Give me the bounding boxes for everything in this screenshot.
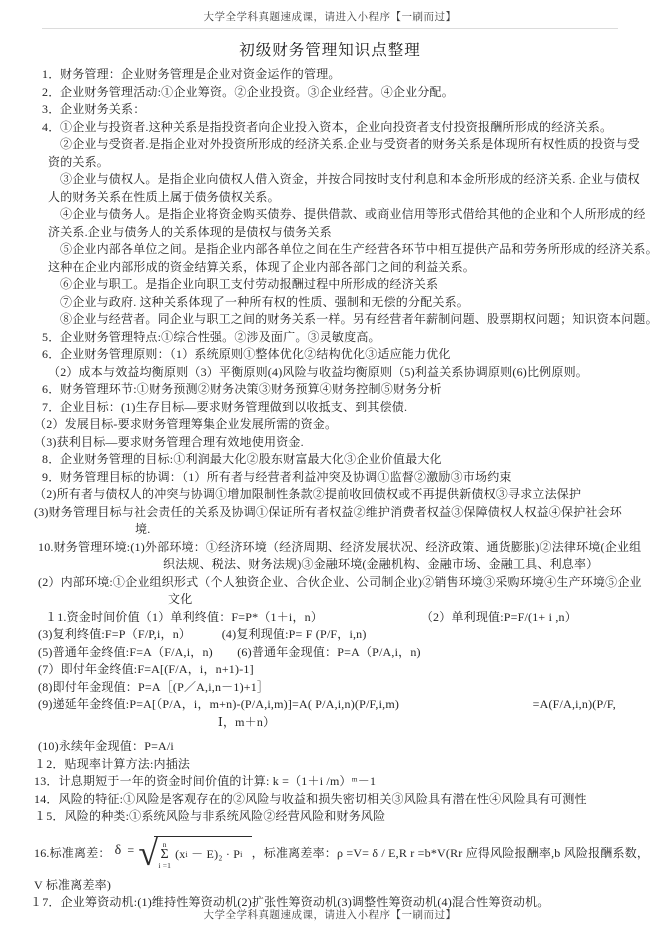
line-text: 境.: [135, 522, 150, 536]
doc-line-compound-interest: (3)复利终值:F=P（F/P,i，n） (4)复利现值:P= F (P/F，i…: [0, 626, 660, 644]
line-text: 企业财务管理的目标:①利润最大化②股东财富最大化③企业价值最大化: [60, 452, 442, 466]
doc-line: ⑧企业与经营者。同企业与职工之间的财务关系一样。另有经营者年薪制问题、股票期权问…: [0, 311, 660, 329]
line-text: 企业财务关系：: [60, 102, 145, 116]
sigma-glyph: Σ: [161, 848, 169, 862]
line-text: 企业财务管理特点:①综合性强。②涉及面广。③灵敏度高。: [60, 330, 381, 344]
line-text: (3)财务管理目标与社会责任的关系及协调①保证所有者权益②维护消费者权益③保障债…: [34, 505, 622, 519]
doc-line: Ⅰ，m＋n）: [0, 714, 660, 732]
line-text: 财务管理目标的协调：（1）所有者与经营者利益冲突及协调①监督②激励③市场约束: [60, 470, 512, 484]
radicand: nΣi =1(xi － E)₂ · Pi: [154, 836, 251, 872]
line-text: 14．风险的特征:①风险是客观存在的②风险与收益和损失密切相关③风险具有潜在性④…: [34, 792, 587, 806]
page-footer-note: 大学全学科真题速成课，请进入小程序【一刷而过】: [0, 907, 660, 922]
line-text: （2）发展目标-要求财务管理筹集企业发展所需的资金。: [34, 417, 337, 431]
equals-sign: =: [127, 842, 138, 860]
doc-line: 境.: [0, 521, 660, 539]
line-text: 织法规、税法、财务法规)③金融环境(金融机构、金融市场、金融工具、利息率）: [163, 557, 598, 571]
line-text: 13．计息期短于一年的资金时间价值的计算: k =（1＋i /m）ᵐ－1: [34, 774, 376, 788]
doc-line: １5．风险的种类:①系统风险与非系统风险②经营风险和财务风险: [0, 808, 660, 826]
line-text: (5)普通年金终值:F=A（F/A,i，n) (6)普通年金现值：P=A（P/A…: [38, 645, 421, 659]
line-text: １2．贴现率计算方法:内插法: [34, 757, 190, 771]
doc-line: （2)所有者与债权人的冲突与协调①增加限制性条款②提前收回债权或不再提供新债权③…: [0, 486, 660, 504]
doc-line: 资的关系。: [0, 154, 660, 172]
line-text: 文化: [168, 592, 192, 606]
doc-line: 10.财务管理环境:(1)外部环境：①经济环境（经济周期、经济发展状况、经济政策…: [0, 539, 660, 557]
line-text: V 标准离差率): [34, 878, 111, 892]
doc-line: 2．企业财务管理活动:①企业筹资。②企业投资。③企业经营。④企业分配。: [0, 84, 660, 102]
line-text: 财务管理：企业财务管理是企业对资金运作的管理。: [60, 67, 341, 81]
page-header-note: 大学全学科真题速成课，请进入小程序【一刷而过】: [0, 0, 660, 24]
line-marker: 6．: [42, 346, 60, 364]
doc-line: ④企业与债务人。是指企业将资金购买债券、提供借款、或商业信用等形式借给其他的企业…: [0, 206, 660, 224]
line-text: （3)获利目标—要求财务管理合理有效地使用资金.: [34, 435, 304, 449]
line-text: １5．风险的种类:①系统风险与非系统风险②经营风险和财务风险: [34, 809, 385, 823]
doc-line: （2）发展目标-要求财务管理筹集企业发展所需的资金。: [0, 416, 660, 434]
line-text: (7）即付年金终值:F=A[(F/A，i，n+1)-1]: [38, 662, 254, 676]
line-text: (10)永续年金现值：P=A/i: [38, 739, 174, 753]
line-marker: 9．: [42, 469, 60, 487]
doc-line: (2）内部环境:①企业组织形式（个人独资企业、合伙企业、公司制企业)②销售环境③…: [0, 574, 660, 592]
doc-line: （2）成本与效益均衡原则（3）平衡原则(4)风险与收益均衡原则（5)利益关系协调…: [0, 364, 660, 382]
line-text: ②企业与受资者.是指企业对外投资所形成的经济关系.企业与受资者的财务关系是体现所…: [60, 137, 640, 151]
line-text: ⑥企业与职工。是指企业向职工支付劳动报酬过程中所形成的经济关系: [60, 277, 438, 291]
line-text: 财务管理环节:①财务预测②财务决策③财务预算④财务控制⑤财务分析: [60, 382, 442, 396]
document-page: 大学全学科真题速成课，请进入小程序【一刷而过】 初级财务管理知识点整理 1．财务…: [0, 0, 660, 934]
delta-symbol: δ: [111, 842, 128, 860]
line-text: ④企业与债务人。是指企业将资金购买债券、提供借款、或商业信用等形式借给其他的企业…: [60, 207, 646, 221]
line-text: （2）成本与效益均衡原则（3）平衡原则(4)风险与收益均衡原则（5)利益关系协调…: [48, 365, 588, 379]
line-marker: 8．: [42, 451, 60, 469]
line-text: 企业财务管理原则：（1）系统原则①整体优化②结构优化③适应能力优化: [60, 347, 451, 361]
doc-line: ②企业与受资者.是指企业对外投资所形成的经济关系.企业与受资者的财务关系是体现所…: [0, 136, 660, 154]
formula-suffix: ，标准离差率：ρ =V= δ / E,R r =b*V(Rr 应得风险报酬率,b…: [252, 845, 650, 863]
line-text: １1.资金时间价值（1）单利终值：F=P*（1＋i，n） （2）单利现值:P=F…: [45, 610, 577, 624]
line-text: 企业财务管理活动:①企业筹资。②企业投资。③企业经营。④企业分配。: [60, 85, 454, 99]
doc-line: 文化: [0, 591, 660, 609]
doc-line: 6．财务管理环节:①财务预测②财务决策③财务预算④财务控制⑤财务分析: [0, 381, 660, 399]
doc-line: (3)财务管理目标与社会责任的关系及协调①保证所有者权益②维护消费者权益③保障债…: [0, 504, 660, 522]
doc-line: 14．风险的特征:①风险是客观存在的②风险与收益和损失密切相关③风险具有潜在性④…: [0, 791, 660, 809]
square-root: √nΣi =1(xi － E)₂ · Pi: [138, 836, 251, 872]
doc-line: (10)永续年金现值：P=A/i: [0, 738, 660, 756]
doc-line: 织法规、税法、财务法规)③金融环境(金融机构、金融市场、金融工具、利息率）: [0, 556, 660, 574]
doc-line: ⑦企业与政府. 这种关系体现了一种所有权的性质、强制和无偿的分配关系。: [0, 294, 660, 312]
doc-line-deferred-annuity: (9)递延年金终值:P=A[（P/A，i，m+n)-(P/A,i,m)]=A( …: [0, 696, 660, 714]
line-marker: 4．: [42, 119, 60, 137]
doc-line: 13．计息期短于一年的资金时间价值的计算: k =（1＋i /m）ᵐ－1: [0, 773, 660, 791]
doc-line: 3．企业财务关系：: [0, 101, 660, 119]
line-text: 10.财务管理环境:(1)外部环境：①经济环境（经济周期、经济发展状况、经济政策…: [38, 540, 641, 554]
doc-line: 8．企业财务管理的目标:①利润最大化②股东财富最大化③企业价值最大化: [0, 451, 660, 469]
doc-line: ⑤企业内部各单位之间。是指企业内部各单位之间在生产经营各环节中相互提供产品和劳务…: [0, 241, 660, 259]
line-text: ⑦企业与政府. 这种关系体现了一种所有权的性质、强制和无偿的分配关系。: [60, 295, 469, 309]
line-marker: 2．: [42, 84, 60, 102]
doc-line: 4．①企业与投资者.这种关系是指投资者向企业投入资本，企业向投资者支付投资报酬所…: [0, 119, 660, 137]
doc-line: 5．企业财务管理特点:①综合性强。②涉及面广。③灵敏度高。: [0, 329, 660, 347]
line-text: 济关系.企业与债务人的关系体现的是债权与债务关系: [48, 225, 332, 239]
doc-line: 9．财务管理目标的协调：（1）所有者与经营者利益冲突及协调①监督②激励③市场约束: [0, 469, 660, 487]
doc-line: 1．财务管理：企业财务管理是企业对资金运作的管理。: [0, 66, 660, 84]
doc-line: 6．企业财务管理原则：（1）系统原则①整体优化②结构优化③适应能力优化: [0, 346, 660, 364]
doc-line: 7．企业目标：(1)生存目标—要求财务管理做到以收抵支、到其偿债.: [0, 399, 660, 417]
line-text: 资的关系。: [48, 155, 109, 169]
line-text: Ⅰ，m＋n）: [218, 715, 275, 729]
line-marker: 6．: [42, 381, 60, 399]
line-marker: 5．: [42, 329, 60, 347]
doc-line: （3)获利目标—要求财务管理合理有效地使用资金.: [0, 434, 660, 452]
formula-prefix: 16.标准离差：: [34, 845, 111, 863]
header-divider: [42, 28, 618, 29]
line-text: 企业目标：(1)生存目标—要求财务管理做到以收抵支、到其偿债.: [60, 400, 407, 414]
doc-line: 这种在企业内部形成的资金结算关系，体现了企业内部各部门之间的利益关系。: [0, 259, 660, 277]
line-text-left: (9)递延年金终值:P=A[（P/A，i，m+n)-(P/A,i,m)]=A( …: [38, 696, 399, 714]
document-body: 1．财务管理：企业财务管理是企业对资金运作的管理。 2．企业财务管理活动:①企业…: [0, 66, 660, 912]
doc-line: １2．贴现率计算方法:内插法: [0, 756, 660, 774]
doc-line: V 标准离差率): [0, 877, 660, 895]
sigma-symbol: nΣi =1: [158, 841, 171, 870]
line-marker: 3．: [42, 101, 60, 119]
line-marker: 7．: [42, 399, 60, 417]
line-marker: 1．: [42, 66, 60, 84]
line-text: ③企业与债权人。是指企业向债权人借入资金，并按合同按时支付利息和本金所形成的经济…: [60, 172, 640, 186]
sigma-lower-limit: i =1: [158, 862, 171, 870]
doc-line: ③企业与债权人。是指企业向债权人借入资金，并按合同按时支付利息和本金所形成的经济…: [0, 171, 660, 189]
line-text: (8)即付年金现值：P=A［(P／A,i,n－1)+1］: [38, 680, 269, 694]
doc-line: ⑥企业与职工。是指企业向职工支付劳动报酬过程中所形成的经济关系: [0, 276, 660, 294]
radicand-text: (x: [175, 846, 185, 864]
line-text: ①企业与投资者.这种关系是指投资者向企业投入资本，企业向投资者支付投资报酬所形成…: [60, 120, 612, 134]
radicand-text: － E)₂ · P: [188, 846, 240, 864]
line-text: 人的财务关系在性质上属于债务债权关系。: [48, 190, 280, 204]
line-text: (2）内部环境:①企业组织形式（个人独资企业、合伙企业、公司制企业)②销售环境③…: [38, 575, 642, 589]
line-text: (3)复利终值:F=P（F/P,i，n） (4)复利现值:P= F (P/F，i…: [38, 627, 367, 641]
doc-line-annuity: (5)普通年金终值:F=A（F/A,i，n) (6)普通年金现值：P=A（P/A…: [0, 644, 660, 662]
line-text: （2)所有者与债权人的冲突与协调①增加限制性条款②提前收回债权或不再提供新债权③…: [34, 487, 581, 501]
doc-line: (7）即付年金终值:F=A[(F/A，i，n+1)-1]: [0, 661, 660, 679]
subscript-i: i: [240, 846, 242, 864]
doc-line: 济关系.企业与债务人的关系体现的是债权与债务关系: [0, 224, 660, 242]
line-text: 这种在企业内部形成的资金结算关系，体现了企业内部各部门之间的利益关系。: [48, 260, 475, 274]
doc-line: 人的财务关系在性质上属于债务债权关系。: [0, 189, 660, 207]
line-text: ⑧企业与经营者。同企业与职工之间的财务关系一样。另有经营者年薪制问题、股票期权问…: [60, 312, 658, 326]
formula-standard-deviation: 16.标准离差：δ=√nΣi =1(xi － E)₂ · Pi，标准离差率：ρ …: [0, 836, 660, 872]
doc-line: (8)即付年金现值：P=A［(P／A,i,n－1)+1］: [0, 679, 660, 697]
line-text-right: =A(F/A,i,n)(P/F,: [533, 696, 616, 714]
page-title: 初级财务管理知识点整理: [0, 38, 660, 60]
line-text: ⑤企业内部各单位之间。是指企业内部各单位之间在生产经营各环节中相互提供产品和劳务…: [60, 242, 658, 256]
doc-line-simple-interest: １1.资金时间价值（1）单利终值：F=P*（1＋i，n） （2）单利现值:P=F…: [0, 609, 660, 627]
